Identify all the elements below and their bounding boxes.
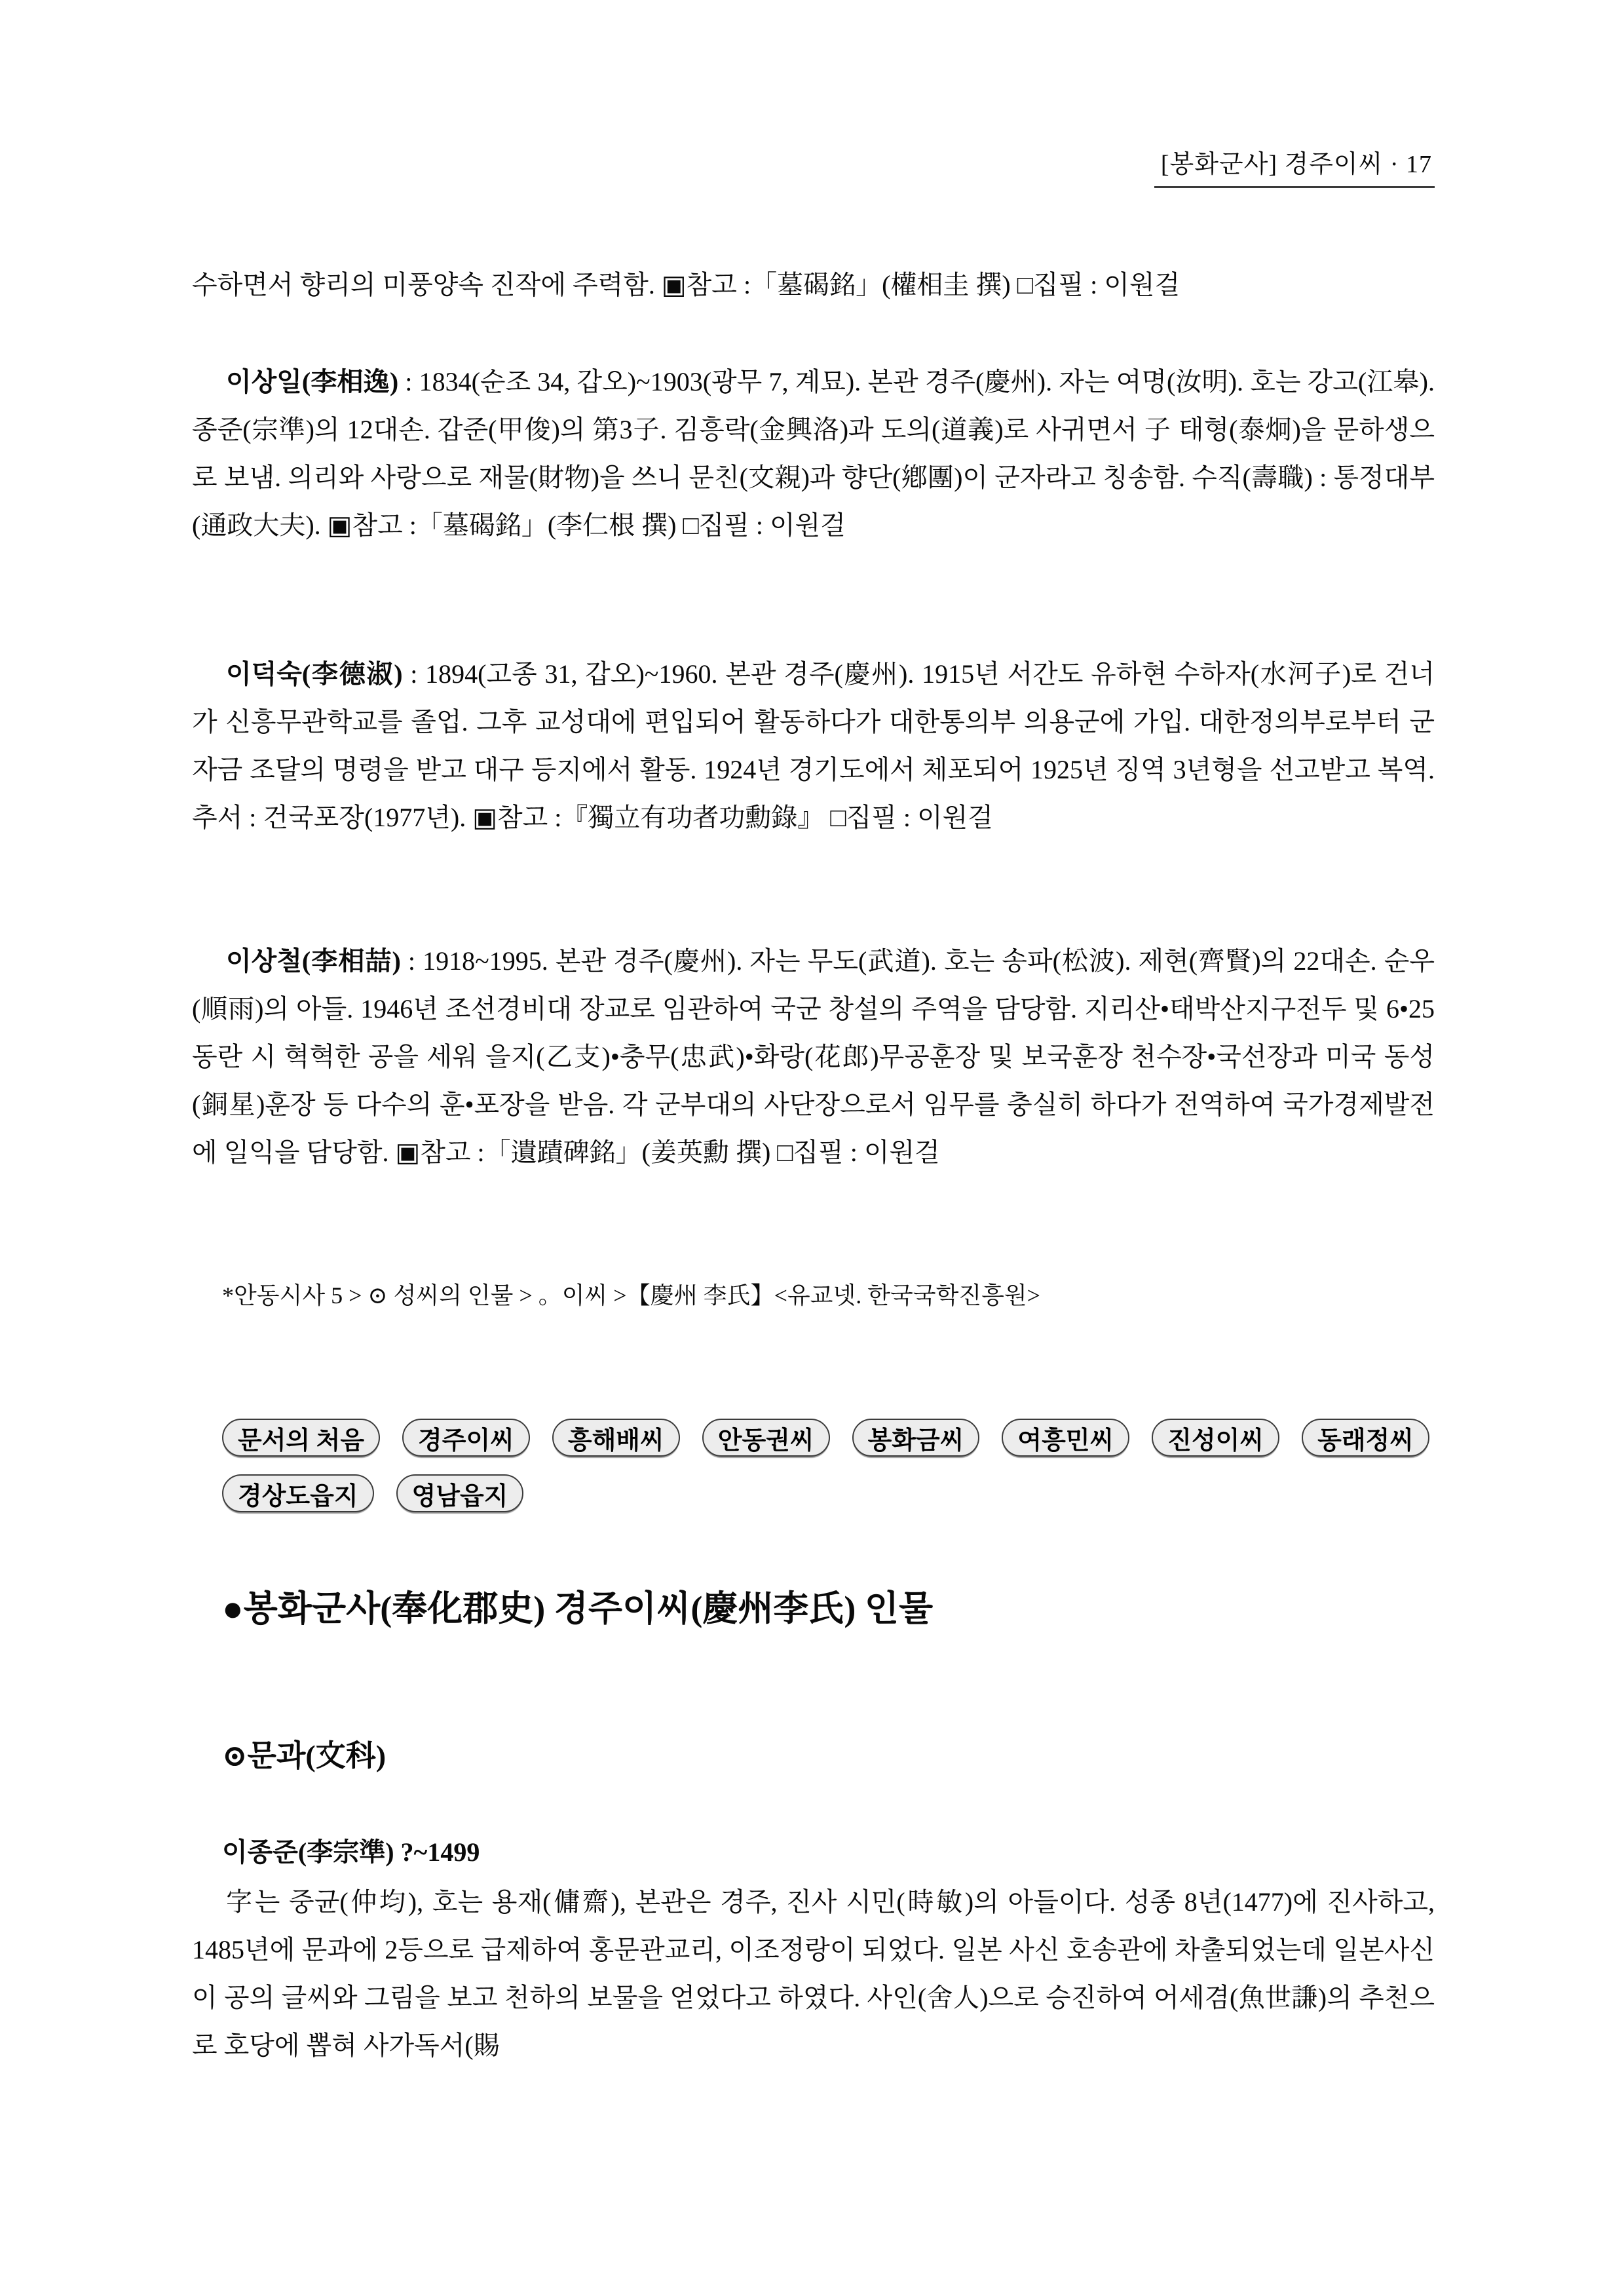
person-name: 이상철(李相喆) (226, 946, 401, 976)
tag-button-doc-start[interactable]: 문서의 처음 (222, 1419, 380, 1457)
person-text: 수하면서 향리의 미풍양속 진작에 주력함. ▣참고 :「墓碣銘」(權相圭 撰)… (192, 270, 1180, 299)
tag-button-jinseong-lee[interactable]: 진성이씨 (1152, 1419, 1279, 1457)
entry-title: 이종준(李宗準) ?~1499 (222, 1828, 1465, 1876)
person-paragraph: 수하면서 향리의 미풍양속 진작에 주력함. ▣참고 :「墓碣銘」(權相圭 撰)… (192, 261, 1435, 309)
person-paragraph: 이상일(李相逸) : 1834(순조 34, 갑오)~1903(광무 7, 계묘… (192, 358, 1435, 549)
tag-button-bonghwa-geum[interactable]: 봉화금씨 (852, 1419, 980, 1457)
running-head: [봉화군사] 경주이씨 · 17 (1154, 148, 1435, 188)
tag-button-dongnae-jeong[interactable]: 동래정씨 (1302, 1419, 1429, 1457)
section-title: ●봉화군사(奉化郡史) 경주이씨(慶州李氏) 인물 (222, 1586, 1465, 1632)
tag-button-gyeongsangdo-eupji[interactable]: 경상도읍지 (222, 1474, 374, 1512)
entry-body: 字는 중균(仲均), 호는 용재(傭齋), 본관은 경주, 진사 시민(時敏)의… (192, 1878, 1435, 2069)
person-text: : 1918~1995. 본관 경주(慶州). 자는 무도(武道). 호는 송파… (192, 946, 1435, 1167)
person-name: 이상일(李相逸) (226, 367, 398, 396)
document-page: [봉화군사] 경주이씨 · 17 수하면서 향리의 미풍양속 진작에 주력함. … (0, 0, 1624, 2296)
tag-button-gyeongju-lee[interactable]: 경주이씨 (402, 1419, 530, 1457)
person-paragraph: 이상철(李相喆) : 1918~1995. 본관 경주(慶州). 자는 무도(武… (192, 937, 1435, 1176)
person-name: 이덕숙(李德淑) (226, 659, 403, 689)
tag-button-yeoheung-min[interactable]: 여흥민씨 (1002, 1419, 1129, 1457)
tag-button-row: 문서의 처음 경주이씨 흥해배씨 안동권씨 봉화금씨 여흥민씨 진성이씨 동래정… (222, 1419, 1441, 1512)
tag-button-andong-kwon[interactable]: 안동권씨 (702, 1419, 830, 1457)
tag-button-yeongnam-eupji[interactable]: 영남읍지 (396, 1474, 524, 1512)
subsection-title: ⊙문과(文科) (222, 1736, 1465, 1776)
person-paragraph: 이덕숙(李德淑) : 1894(고종 31, 갑오)~1960. 본관 경주(慶… (192, 650, 1435, 841)
source-note: *안동시사 5 > ⊙ 성씨의 인물 > 。이씨 >【慶州 李氏】<유교넷. 한… (192, 1276, 1435, 1315)
tag-button-heunghae-bae[interactable]: 흥해배씨 (552, 1419, 680, 1457)
